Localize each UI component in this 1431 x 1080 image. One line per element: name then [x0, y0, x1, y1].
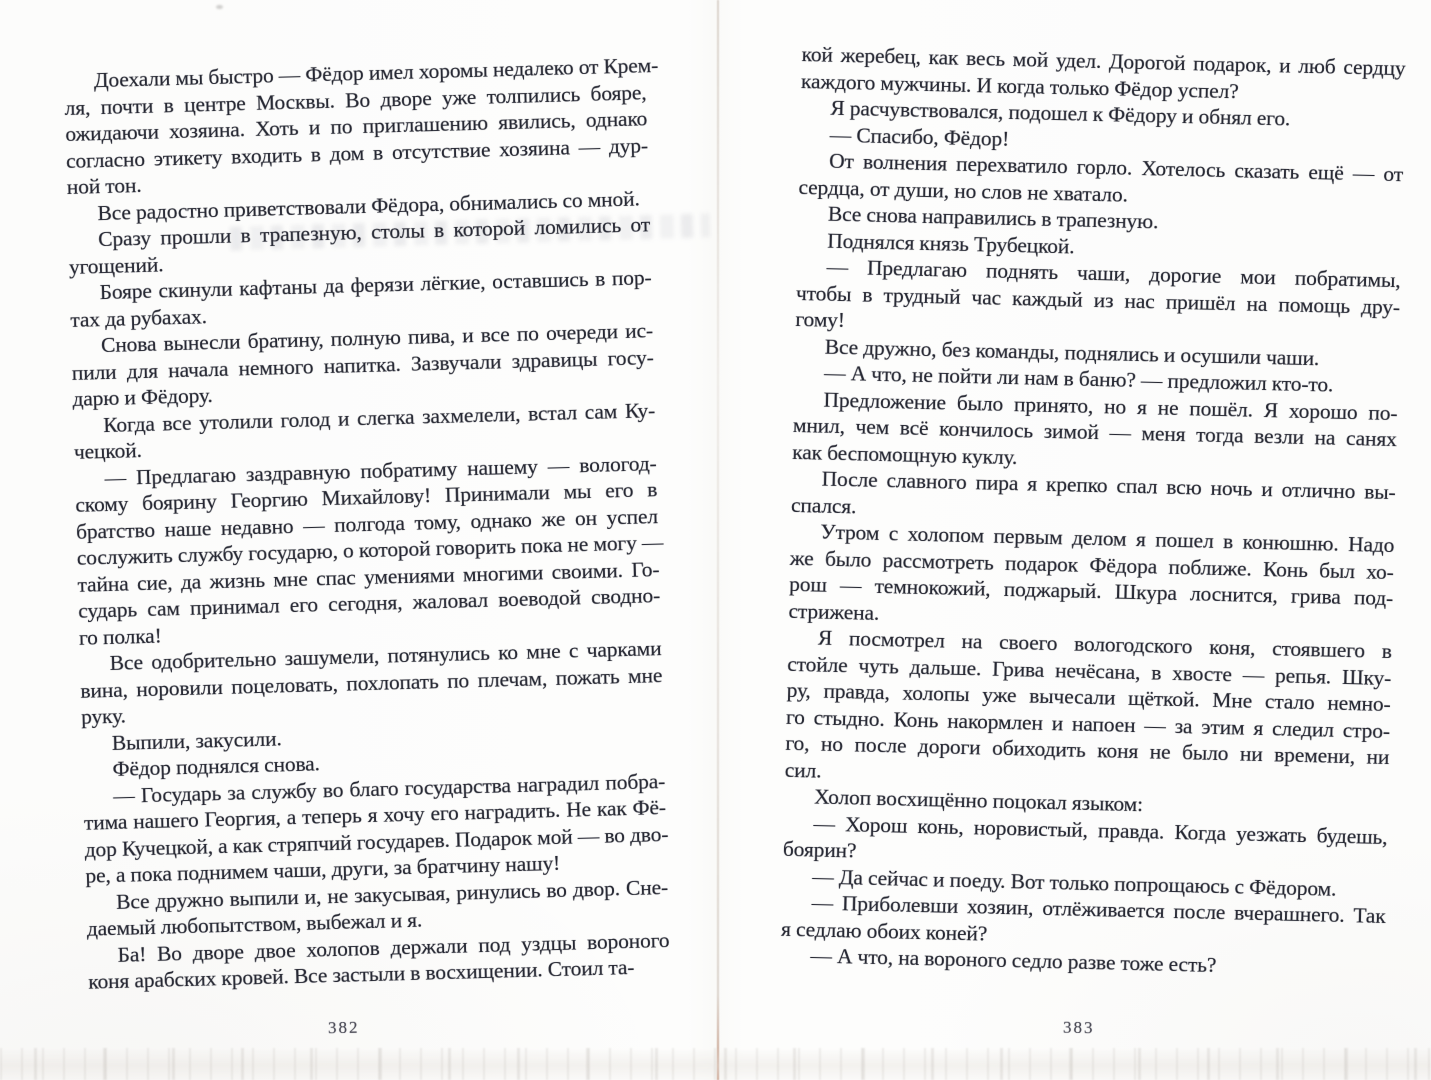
paragraph: — Государь за службу во благо государств…	[83, 768, 668, 890]
text-column: кой жеребец, как весь мой удел. Дорогой …	[780, 41, 1406, 982]
paragraph: — Предлагаю поднять чаши, дорогие мои по…	[795, 253, 1401, 347]
paragraph: Я посмотрел на своего вологодского коня,…	[785, 624, 1393, 797]
page-number: 382	[328, 1018, 360, 1039]
paragraph: — Предлагаю заздравную побратиму нашему …	[74, 450, 661, 651]
book-spread: Доехали мы быстро — Фёдор имел хоромы не…	[0, 0, 1431, 1080]
paragraph: Предложение было принято, но я не пошёл.…	[792, 385, 1398, 479]
fore-edge-texture	[0, 1048, 1431, 1080]
book-page-left: Доехали мы быстро — Фёдор имел хоромы не…	[70, 52, 662, 1052]
scan-speckle	[216, 5, 223, 9]
paragraph: Доехали мы быстро — Фёдор имел хоромы не…	[64, 52, 649, 200]
book-gutter-shadow	[717, 0, 719, 1080]
book-page-right: кой жеребец, как весь мой удел. Дорогой …	[785, 40, 1397, 1050]
paragraph: Утром с холопом первым делом я пошел в к…	[788, 518, 1394, 638]
page-number: 383	[1063, 1018, 1095, 1039]
text-column: Доехали мы быстро — Фёдор имел хоромы не…	[64, 52, 671, 995]
